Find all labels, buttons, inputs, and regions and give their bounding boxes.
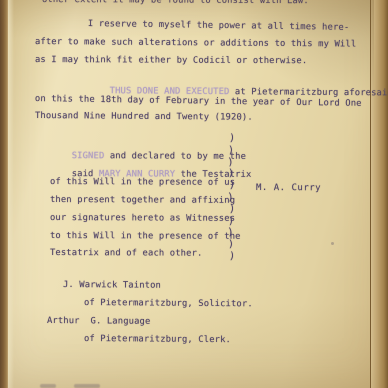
brace-mark: )	[227, 156, 234, 168]
witness-detail: of Pietermaritzburg, Solicitor.	[84, 298, 253, 309]
attestation-line: Testatrix and of each other.	[50, 248, 203, 259]
ink-speck	[331, 242, 334, 245]
page-edge-highlight	[8, 0, 14, 388]
attestation-brace-column: ) ) ) ) ) ) ) ) ) ) )	[228, 133, 234, 263]
brace-mark: )	[228, 168, 234, 180]
brace-mark: )	[228, 216, 234, 228]
attestation-line: to this Will in the presence of the	[50, 231, 241, 242]
attestation-line: of this Will in the presence of us	[50, 177, 235, 188]
brace-mark: )	[227, 192, 234, 204]
clipped-top-line: other extent it may be found to consist …	[42, 0, 309, 6]
brace-mark: )	[228, 239, 234, 251]
brace-mark: )	[228, 145, 234, 157]
clipped-text-remnant	[74, 384, 100, 388]
witness-name: Arthur G. Language	[47, 316, 151, 327]
book-binding-edge	[0, 0, 8, 388]
clipped-text-remnant	[40, 384, 56, 388]
brace-mark: )	[227, 227, 234, 239]
witness-detail: of Pietermaritzburg, Clerk.	[84, 334, 231, 345]
reserve-clause-line: as I may think fit either by Codicil or …	[35, 55, 307, 66]
execution-clause-line: Thousand Nine Hundred and Twenty (1920).	[35, 111, 253, 123]
brace-mark: )	[229, 180, 236, 192]
brace-mark: )	[229, 133, 236, 145]
brace-mark: )	[229, 204, 236, 216]
testatrix-signature: M. A. Curry	[256, 183, 321, 193]
brace-mark: )	[229, 251, 236, 263]
attestation-line: our signatures hereto as Witnesses	[50, 213, 235, 224]
reserve-clause-line: after to make such alterations or additi…	[35, 37, 356, 50]
scanned-will-page: other extent it may be found to consist …	[0, 0, 388, 388]
witness-name: J. Warwick Tainton	[63, 280, 161, 291]
attestation-line: then present together and affixing	[50, 195, 235, 206]
